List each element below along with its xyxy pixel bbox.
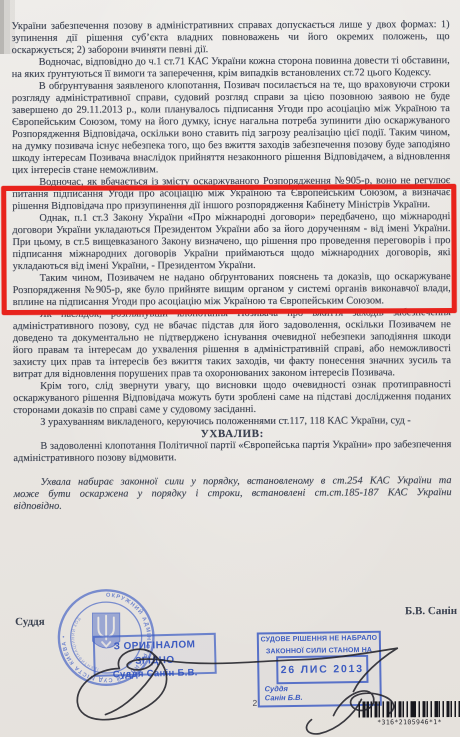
certified-copy-stamp-line1: З ОРИГІНАЛОМ ЗГІДНО — [95, 638, 215, 670]
paragraph: Крім того, слід звернути увагу, що висно… — [13, 379, 451, 417]
stamp-date: 26 ЛИС 2013 — [281, 663, 364, 676]
barcode — [358, 701, 460, 717]
judge-name: Б.В. Санін — [405, 605, 457, 617]
paragraph: В обґрунтування заявленого клопотання, П… — [12, 79, 450, 177]
certified-copy-stamp: З ОРИГІНАЛОМ ЗГІДНО Суддя Санін Б.В. — [93, 633, 217, 677]
document-body: України забезпечення позову в адміністра… — [11, 19, 451, 513]
stamp-date-box: 26 ЛИС 2013 — [276, 655, 368, 684]
legal-force-note: Ухвала набирає законної сили у порядку, … — [13, 475, 451, 513]
barcode-text: *316*2105946*1* — [359, 718, 460, 726]
paragraph-highlighted: Однак, п.1 ст.3 Закону України «Про міжн… — [12, 211, 450, 273]
not-in-force-line1: СУДОВЕ РІШЕННЯ НЕ НАБРАЛО — [259, 634, 379, 646]
stamp-judge-name: Санін Б.В. — [265, 693, 303, 703]
paragraph: З урахуванням викладеного, керуючись пол… — [13, 415, 451, 429]
not-in-force-stamp: СУДОВЕ РІШЕННЯ НЕ НАБРАЛО ЗАКОННОЇ СИЛИ … — [257, 631, 382, 708]
scanned-court-document-page: України забезпечення позову в адміністра… — [0, 0, 460, 737]
paragraph: Таким чином, Позивачем не надано обґрунт… — [13, 271, 451, 309]
certified-copy-stamp-line2: Суддя Санін Б.В. — [96, 667, 215, 681]
paragraph: України забезпечення позову в адміністра… — [11, 19, 449, 57]
judge-role-label: Суддя — [15, 616, 45, 628]
paragraph: Як наслідок, розглянувши клопотання Пози… — [13, 307, 451, 381]
stamp-judge-role: Суддя — [265, 684, 288, 693]
ruling-paragraph: В задоволенні клопотання Політичної парт… — [13, 439, 451, 465]
paragraph-highlighted: Водночас, як вбачається із змісту оскарж… — [12, 175, 450, 213]
paragraph: Водночас, відповідно до ч.1 ст.71 КАС Ук… — [12, 55, 450, 81]
document-content: України забезпечення позову в адміністра… — [0, 0, 460, 737]
page-number: 2 — [252, 698, 257, 708]
